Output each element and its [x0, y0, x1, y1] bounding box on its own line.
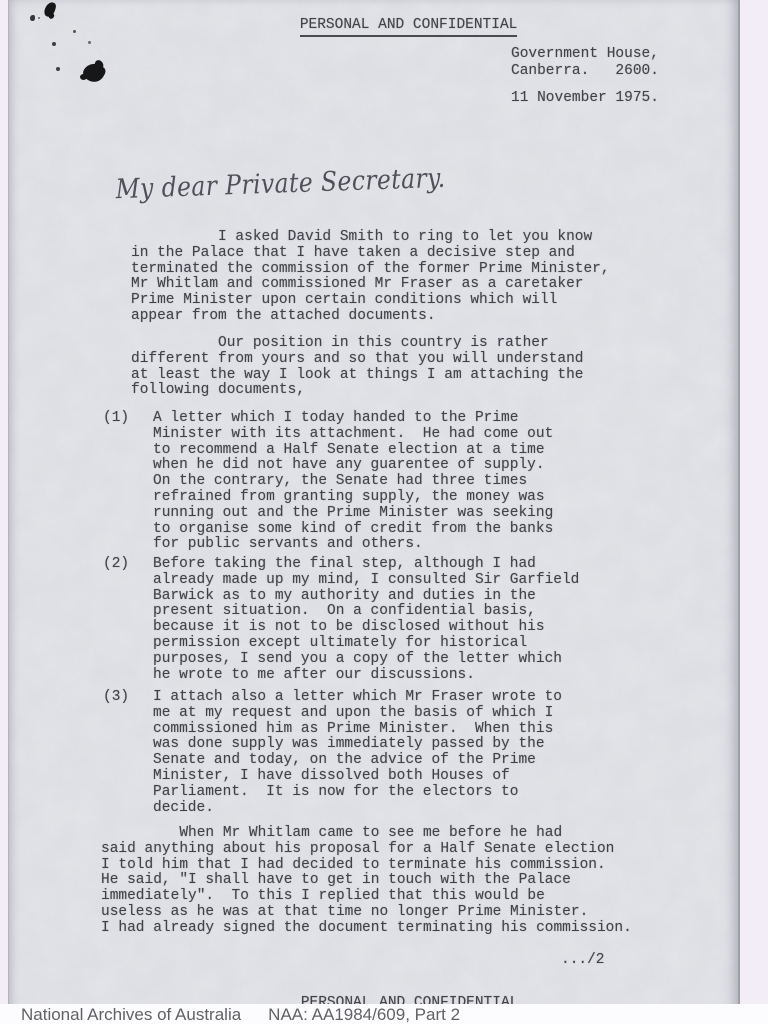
handwritten-salutation-text: My dear Private Secretary.	[114, 163, 446, 206]
ink-speck	[88, 41, 91, 44]
item-text: A letter which I today handed to the Pri…	[153, 411, 553, 553]
archive-source: National Archives of Australia	[21, 1004, 241, 1024]
item-text: I attach also a letter which Mr Fraser w…	[153, 690, 562, 816]
ink-speck	[56, 67, 60, 71]
paragraph-2: Our position in this country is rather d…	[131, 336, 583, 399]
ink-blot	[80, 74, 87, 80]
item-number: (1)	[103, 411, 153, 553]
item-number: (2)	[103, 557, 153, 683]
archive-reference: NAA: AA1984/609, Part 2	[268, 1004, 460, 1024]
numbered-item-1: (1) A letter which I today handed to the…	[103, 411, 553, 553]
letter-date: 11 November 1975.	[511, 91, 659, 107]
classification-header-top: PERSONAL AND CONFIDENTIAL	[265, 2, 517, 49]
ink-speck	[38, 17, 40, 19]
sender-address: Government House, Canberra. 2600.	[511, 46, 659, 80]
ink-speck	[52, 42, 56, 46]
item-text: Before taking the final step, although I…	[153, 557, 579, 683]
numbered-item-2: (2) Before taking the final step, althou…	[103, 557, 579, 683]
paragraph-1: I asked David Smith to ring to let you k…	[131, 230, 610, 325]
classification-header-top-text: PERSONAL AND CONFIDENTIAL	[300, 17, 518, 37]
scanned-letter-page: PERSONAL AND CONFIDENTIAL Government Hou…	[0, 0, 768, 1024]
ink-speck	[73, 30, 76, 33]
item-number: (3)	[103, 690, 153, 816]
page-continuation-ref: .../2	[561, 953, 605, 969]
handwritten-salutation: My dear Private Secretary.	[112, 156, 462, 222]
closing-paragraph: When Mr Whitlam came to see me before he…	[101, 826, 632, 937]
numbered-item-3: (3) I attach also a letter which Mr Fras…	[103, 690, 562, 816]
archive-footer: National Archives of Australia NAA: AA19…	[0, 1004, 768, 1024]
ink-speck	[30, 15, 35, 21]
